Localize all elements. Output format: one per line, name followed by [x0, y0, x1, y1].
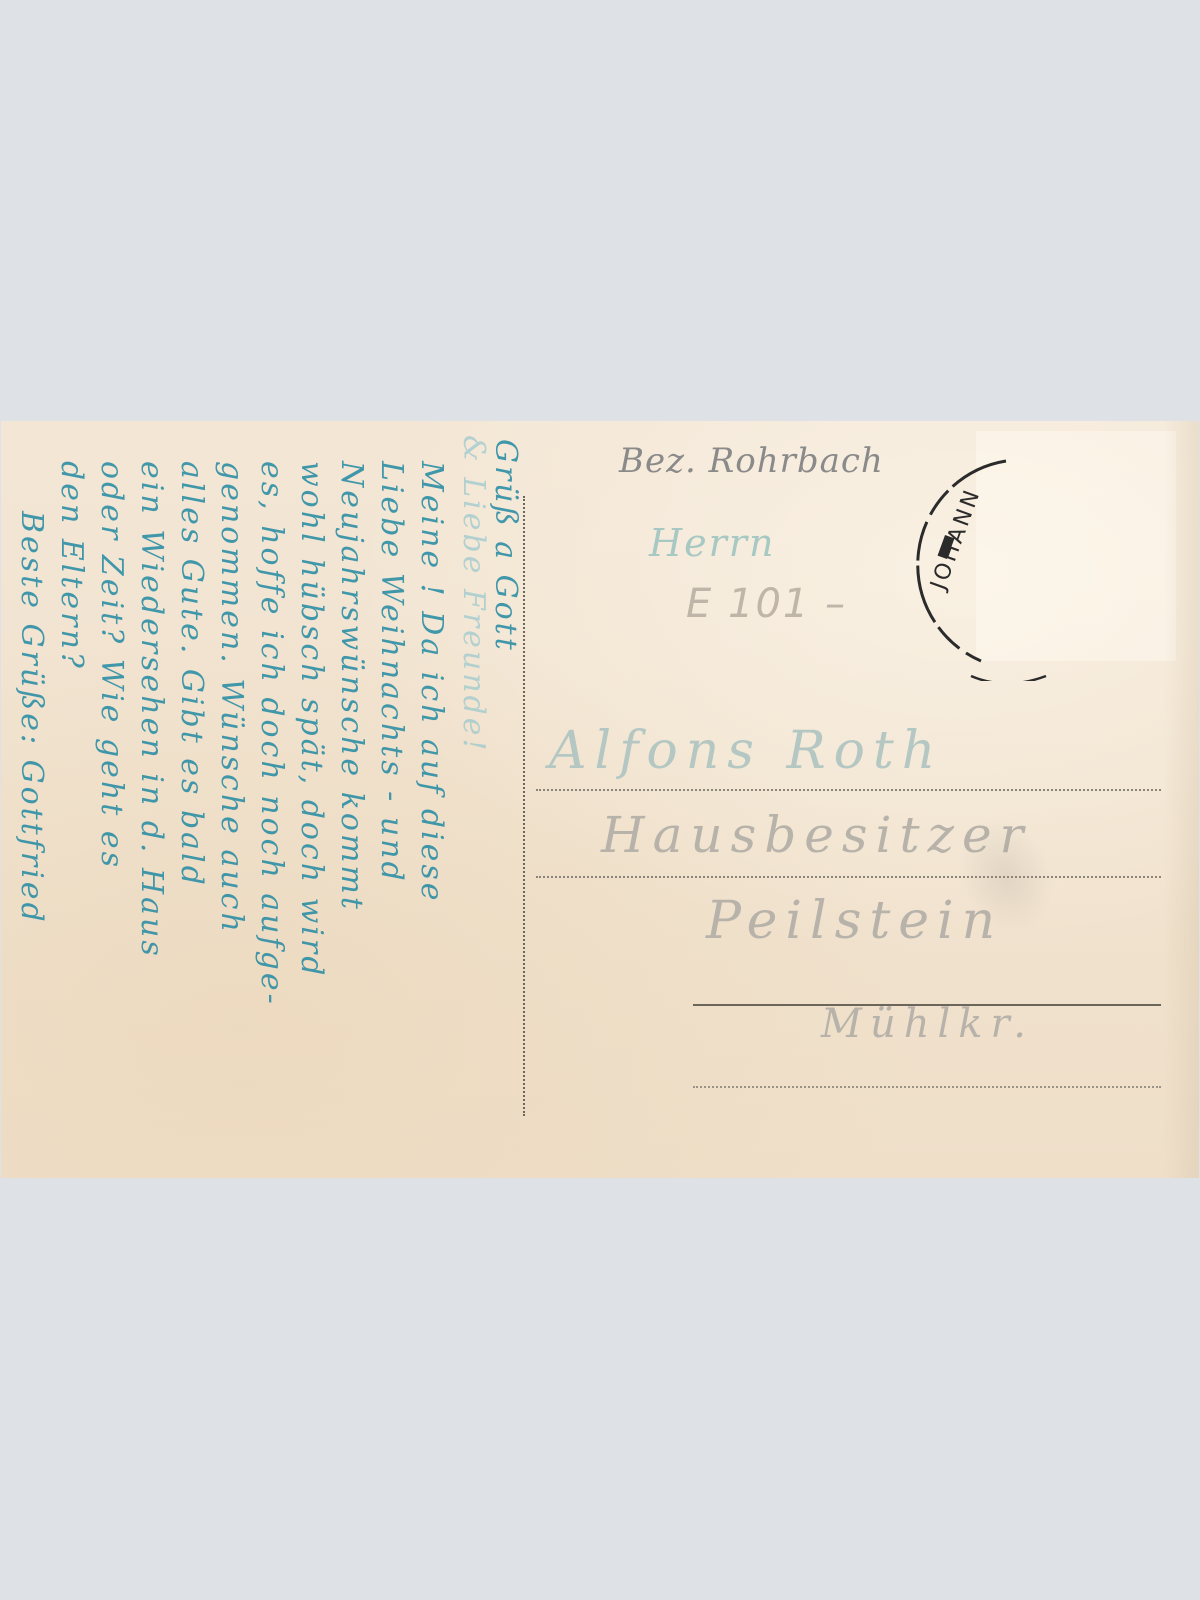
address-district: Mühlkr.	[821, 1001, 1034, 1047]
pencil-note-code: E 101 –	[686, 581, 847, 627]
message-line: Liebe Weihnachts - und	[374, 461, 409, 884]
message-line: alles Gute. Gibt es bald	[174, 461, 209, 888]
address-rule-1	[536, 789, 1161, 791]
message-signature: Beste Grüße: Gottfried	[14, 511, 49, 925]
address-town: Peilstein	[706, 891, 1003, 951]
message-line: Meine ! Da ich auf diese	[414, 461, 449, 904]
message-side-note: Grüß a Gott	[488, 439, 523, 653]
postmark-icon: JOHANN	[911, 451, 1111, 681]
message-line: den Eltern?	[54, 461, 89, 671]
address-rule-4	[693, 1086, 1161, 1088]
postcard-back: Grüß a Gott & Liebe Freunde! Meine ! Da …	[1, 421, 1199, 1178]
message-line: genommen. Wünsche auch	[214, 461, 249, 935]
postmark-text: JOHANN	[925, 485, 986, 595]
message-line: Neujahrswünsche kommt	[334, 461, 369, 912]
message-line: oder Zeit? Wie geht es	[94, 461, 129, 870]
address-salutation: Herrn	[649, 521, 775, 565]
message-line: es, hoffe ich doch noch aufge-	[254, 461, 289, 1007]
message-line: & Liebe Freunde!	[456, 435, 491, 754]
address-rule-2	[536, 876, 1161, 878]
message-address-divider	[523, 496, 525, 1116]
message-rotator: Grüß a Gott & Liebe Freunde! Meine ! Da …	[1, 421, 521, 1178]
address-name: Alfons Roth	[549, 721, 943, 781]
pencil-note-district: Bez. Rohrbach	[619, 441, 884, 481]
handwritten-message: Grüß a Gott & Liebe Freunde! Meine ! Da …	[1, 421, 521, 1178]
page: Grüß a Gott & Liebe Freunde! Meine ! Da …	[0, 0, 1200, 1600]
message-line: ein Wiedersehen in d. Haus	[134, 461, 169, 959]
message-line: wohl hübsch spät, doch wird	[294, 461, 329, 978]
